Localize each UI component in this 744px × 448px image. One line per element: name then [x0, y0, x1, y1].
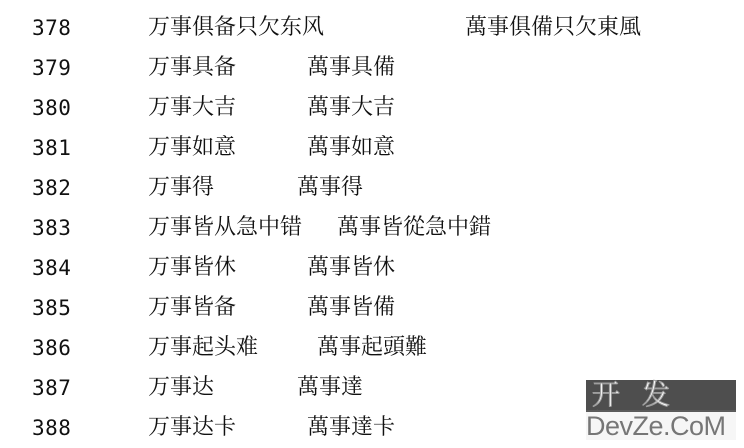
traditional-text: 萬事如意 — [307, 133, 395, 163]
traditional-text: 萬事皆從急中錯 — [337, 213, 491, 243]
simplified-text: 万事如意 — [148, 133, 236, 163]
watermark-logo: 开发者 DevZe.CoM — [586, 380, 736, 444]
simplified-text: 万事皆休 — [148, 253, 236, 283]
traditional-text: 萬事大吉 — [307, 93, 395, 123]
entry-number: 382 — [32, 174, 71, 202]
entry-number: 385 — [32, 294, 71, 322]
simplified-text: 万事达卡 — [148, 413, 236, 443]
entry-number: 387 — [32, 374, 71, 402]
entry-number: 379 — [32, 54, 71, 82]
list-item: 385 万事皆备 萬事皆備 — [0, 286, 744, 326]
entry-number: 383 — [32, 214, 71, 242]
simplified-text: 万事起头难 — [148, 333, 258, 363]
entry-number: 386 — [32, 334, 71, 362]
simplified-text: 万事皆从急中错 — [148, 213, 302, 243]
traditional-text: 萬事皆休 — [307, 253, 395, 283]
simplified-text: 万事俱备只欠东风 — [148, 13, 324, 43]
list-item: 379 万事具备 萬事具備 — [0, 46, 744, 86]
list-item: 383 万事皆从急中错 萬事皆從急中錯 — [0, 206, 744, 246]
entry-number: 380 — [32, 94, 71, 122]
list-item: 384 万事皆休 萬事皆休 — [0, 246, 744, 286]
watermark-top-text: 开发者 — [586, 380, 736, 410]
list-item: 382 万事得 萬事得 — [0, 166, 744, 206]
simplified-text: 万事具备 — [148, 53, 236, 83]
list-item: 378 万事俱备只欠东风 萬事俱備只欠東風 — [0, 6, 744, 46]
entry-number: 384 — [32, 254, 71, 282]
simplified-text: 万事皆备 — [148, 293, 236, 323]
simplified-text: 万事得 — [148, 173, 214, 203]
entry-number: 381 — [32, 134, 71, 162]
watermark-bottom-text: DevZe.CoM — [586, 412, 736, 440]
traditional-text: 萬事得 — [297, 173, 363, 203]
list-item: 386 万事起头难 萬事起頭難 — [0, 326, 744, 366]
traditional-text: 萬事具備 — [307, 53, 395, 83]
traditional-text: 萬事起頭難 — [317, 333, 427, 363]
simplified-text: 万事大吉 — [148, 93, 236, 123]
traditional-text: 萬事達卡 — [307, 413, 395, 443]
traditional-text: 萬事皆備 — [307, 293, 395, 323]
list-item: 381 万事如意 萬事如意 — [0, 126, 744, 166]
entry-number: 378 — [32, 14, 71, 42]
entry-number: 388 — [32, 414, 71, 442]
list-item: 380 万事大吉 萬事大吉 — [0, 86, 744, 126]
simplified-text: 万事达 — [148, 373, 214, 403]
traditional-text: 萬事俱備只欠東風 — [465, 13, 641, 43]
traditional-text: 萬事達 — [297, 373, 363, 403]
